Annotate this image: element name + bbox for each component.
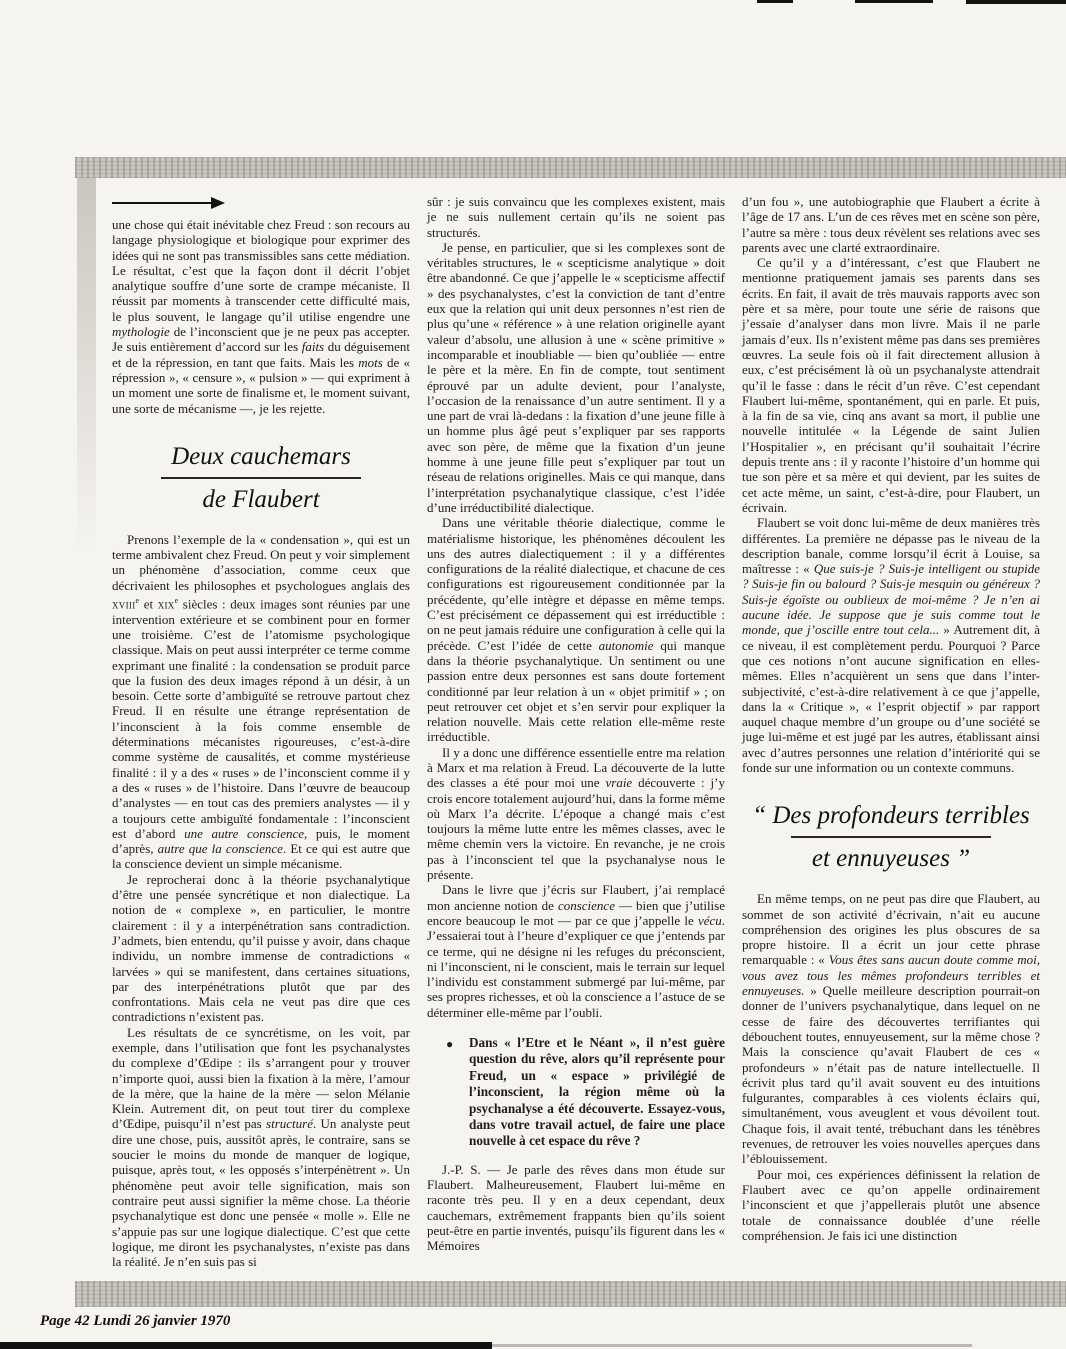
paragraph: J.-P. S. — Je parle des rêves dans mon é…: [427, 1162, 725, 1254]
bottom-rule-light: [492, 1344, 972, 1347]
text-segment: xix: [158, 596, 175, 611]
paragraph: Les résultats de ce syncrétisme, on les …: [112, 1025, 410, 1270]
paragraph: Dans le livre que j’écris sur Flaubert, …: [427, 882, 725, 1020]
paragraph: Flaubert se voit donc lui-même de deux m…: [742, 515, 1040, 775]
text-segment: . Un analyste peut dire une chose, puis,…: [112, 1116, 410, 1269]
scan-edge-mark: [855, 0, 933, 3]
text-segment: siècles : deux images sont réunies par u…: [112, 596, 410, 840]
paragraph: En même temps, on ne peut pas dire que F…: [742, 891, 1040, 1166]
paragraph: Il y a donc une différence essentielle e…: [427, 745, 725, 883]
paragraph: Prenons l’exemple de la « condensation »…: [112, 532, 410, 872]
column-right: d’un fou », une autobiographie que Flaub…: [742, 194, 1040, 1243]
text-segment: vécu: [698, 913, 722, 928]
paragraph: Pour moi, ces expériences définissent la…: [742, 1167, 1040, 1243]
bottom-rule-dark: [0, 1342, 492, 1349]
text-segment: Pour moi, ces expériences définissent la…: [742, 1167, 1040, 1243]
column-left: une chose qui était inévitable chez Freu…: [112, 194, 410, 1269]
text-segment: Je reprocherai donc à la théorie psychan…: [112, 872, 410, 1025]
text-segment: J.-P. S. — Je parle des rêves dans mon é…: [427, 1162, 725, 1253]
text-segment: Dans une véritable théorie dialectique, …: [427, 515, 725, 652]
heading-line: Deux cauchemars: [112, 441, 410, 472]
paragraph: Je pense, en particulier, que si les com…: [427, 240, 725, 515]
heading-line: “ Des profondeurs terribles: [742, 800, 1040, 831]
section-heading: “ Des profondeurs terribleset ennuyeuses…: [742, 800, 1040, 874]
paragraph: sûr : je suis convaincu que les complexe…: [427, 194, 725, 240]
text-segment: conscience: [558, 898, 615, 913]
paragraph: Je reprocherai donc à la théorie psychan…: [112, 872, 410, 1025]
text-segment: Dans « l’Etre et le Néant », il n’est gu…: [469, 1035, 725, 1148]
text-segment: qui manque dans la théorie psychanalytiq…: [427, 638, 725, 745]
text-segment: faits: [302, 339, 324, 354]
text-segment: Les résultats de ce syncrétisme, on les …: [112, 1025, 410, 1132]
text-segment: d’un fou », une autobiographie que Flaub…: [742, 194, 1040, 255]
page-footer: Page 42 Lundi 26 janvier 1970: [40, 1313, 230, 1330]
scan-edge-mark: [757, 0, 793, 3]
text-segment: sûr : je suis convaincu que les complexe…: [427, 194, 725, 240]
bullet-icon: ●: [446, 1036, 453, 1052]
text-segment: vraie: [605, 775, 632, 790]
text-segment: Prenons l’exemple de la « condensation »…: [112, 532, 410, 593]
text-segment: mots: [358, 355, 383, 370]
text-segment: découverte : j’y crois encore totalement…: [427, 775, 725, 882]
heading-line: de Flaubert: [112, 484, 410, 515]
heading-rule: [791, 836, 991, 838]
heading-line: et ennuyeuses ”: [742, 843, 1040, 874]
text-segment: une autre conscience: [184, 826, 304, 841]
text-segment: et: [139, 596, 158, 611]
text-segment: . J’essaierai tout à l’heure d’expliquer…: [427, 913, 725, 1020]
text-segment: » Autrement dit, à ce niveau, il est com…: [742, 622, 1040, 775]
text-segment: xviii: [112, 596, 136, 611]
text-segment: Je pense, en particulier, que si les com…: [427, 240, 725, 515]
paragraph: d’un fou », une autobiographie que Flaub…: [742, 194, 1040, 255]
scan-band-top: [75, 157, 1066, 178]
text-segment: une chose qui était inévitable chez Freu…: [112, 217, 410, 324]
heading-rule: [161, 477, 361, 479]
text-segment: autonomie: [599, 638, 654, 653]
text-segment: autre que la conscience: [158, 841, 283, 856]
text-segment: mythologie: [112, 324, 170, 339]
continuation-arrow-icon: [112, 197, 226, 210]
column-middle: sûr : je suis convaincu que les complexe…: [427, 194, 725, 1254]
newspaper-page: une chose qui était inévitable chez Freu…: [0, 0, 1066, 1349]
scan-band-bottom: [75, 1281, 1066, 1307]
scan-strip-left: [77, 178, 96, 558]
paragraph: Ce qu’il y a d’intéressant, c’est que Fl…: [742, 255, 1040, 515]
text-segment: » Quelle meilleure description pourrait-…: [742, 983, 1040, 1166]
section-heading: Deux cauchemarsde Flaubert: [112, 441, 410, 515]
scan-edge-mark: [966, 0, 1066, 4]
text-segment: structuré: [266, 1116, 313, 1131]
text-segment: Ce qu’il y a d’intéressant, c’est que Fl…: [742, 255, 1040, 515]
paragraph: Dans une véritable théorie dialectique, …: [427, 515, 725, 744]
paragraph: une chose qui était inévitable chez Freu…: [112, 217, 410, 416]
interview-question: ●Dans « l’Etre et le Néant », il n’est g…: [427, 1035, 725, 1150]
